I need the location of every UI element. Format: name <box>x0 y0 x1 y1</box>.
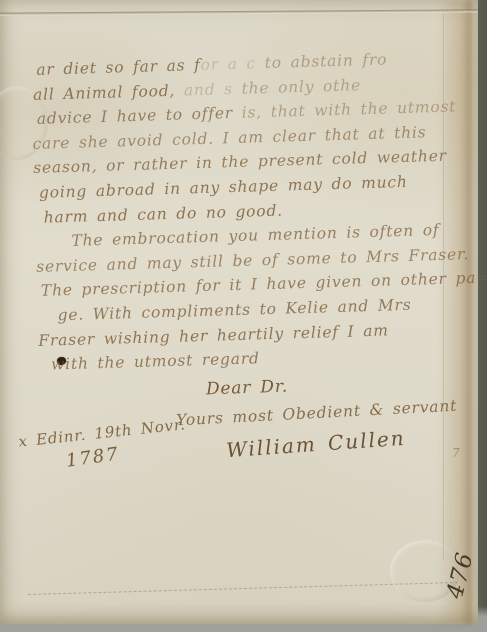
dateline-year: 1787 <box>65 443 121 471</box>
letter-line-segment: ar diet so far as f <box>36 56 201 79</box>
signature-william-cullen: William Cullen <box>225 426 406 462</box>
letter-line-segment: all Animal food, <box>33 81 184 103</box>
letter-line-segment: to abstain fro <box>256 50 388 72</box>
salutation: Dear Dr. <box>206 377 289 400</box>
letter-line-segment: with the utmost regard <box>51 349 260 373</box>
valediction: Yours most Obedient & servant <box>176 397 458 430</box>
letter-line-segment: and s <box>184 80 234 99</box>
stray-ink-mark: 7 <box>452 446 460 460</box>
letter-line-segment: or a c <box>200 54 256 74</box>
letter-body: ar diet so far as for a c to abstain fro… <box>30 45 471 377</box>
letter-line-segment: harm and can do no good. <box>43 201 283 226</box>
letter-scan: ar diet so far as for a c to abstain fro… <box>0 0 487 632</box>
letter-line-segment: is, that with the utmost <box>241 98 456 122</box>
letter-line-segment: advice I have to offer <box>37 104 242 128</box>
letter-sheet: ar diet so far as for a c to abstain fro… <box>0 0 478 624</box>
archival-folio-number: 476 <box>442 537 482 602</box>
letter-line-segment: the only othe <box>233 76 362 98</box>
fold-crease-top <box>0 9 478 15</box>
